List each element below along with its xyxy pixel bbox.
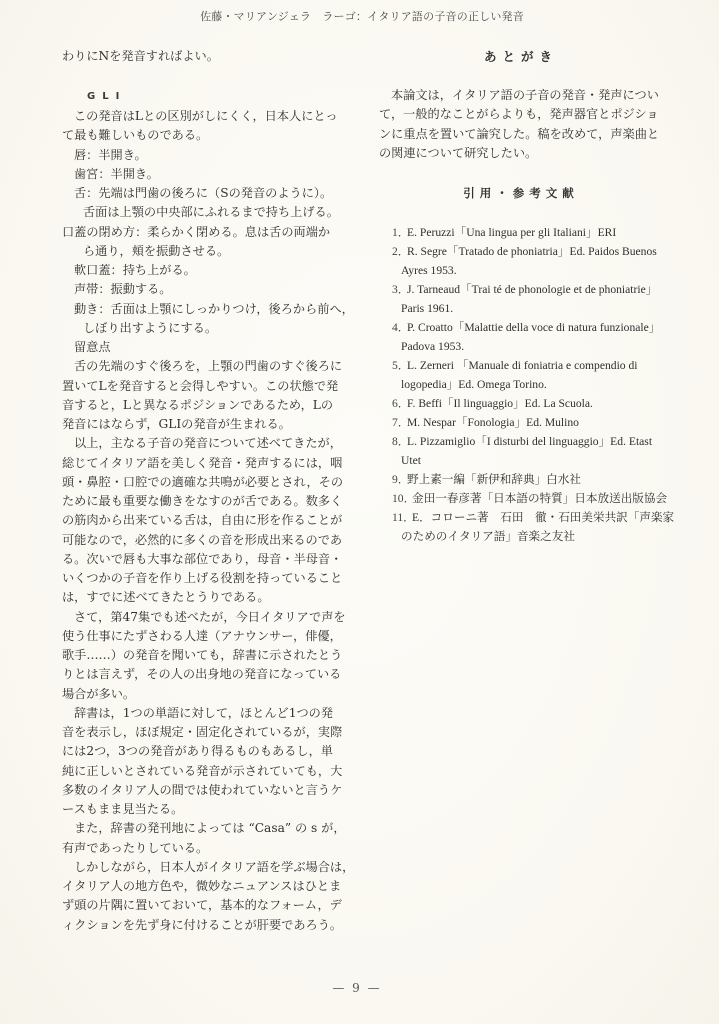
articulation-soft-palate-line: 軟口蓋：持ち上がる。 [62,261,354,280]
reference-item: 1．E. Peruzzi「Una lingua per gli Italiani… [379,223,669,242]
body-line: りとは言えず，その人の出身地の発音になっている [62,665,354,684]
body-line: しぼり出すようにする。 [62,319,354,338]
body-line: には2つ，3つの発音があり得るものもあるし，単 [62,742,354,761]
reference-item: 5．L. Zerneri 「Manuale di foniatria e com… [379,356,669,394]
articulation-palate-line: 口蓋の閉め方：柔らかく閉める。息は舌の両端か [62,223,354,242]
reference-number: 2． [379,242,407,261]
body-line: ず頭の片隅に置いておいて，基本的なフォーム，デ [62,896,354,915]
body-line: 純に正しいとされている発音が示されていても，大 [62,762,354,781]
body-line: は，すでに述べてきたとうりである。 [62,588,354,607]
reference-text: 野上素一編「新伊和辞典」白水社 [407,473,581,486]
reference-item: 6．F. Beffi「Il linguaggio」Ed. La Scuola. [379,394,669,413]
body-line: イタリア人の地方色や，微妙なニュアンスはひとま [62,877,354,896]
reference-text: F. Beffi「Il linguaggio」Ed. La Scuola. [407,397,593,410]
reference-text: 金田一春彦著「日本語の特質」日本放送出版協会 [412,492,667,505]
body-line: ィクションを先ず身に付けることが肝要であろう。 [62,916,354,935]
reference-text-continued: Paris 1961. [379,299,669,318]
reference-text-continued: logopedia」Ed. Omega Torino. [379,375,669,394]
reference-text: J. Tarneaud「Trai té de phonologie et de … [407,283,657,296]
body-line: 歌手……）の発音を聞いても，辞書に示されたとう [62,646,354,665]
reference-text: R. Segre「Tratado de phoniatria」Ed. Paido… [407,245,657,258]
reference-text-continued: Padova 1953. [379,337,669,356]
body-line: る。次いで唇も大事な部位であり，母音・半母音・ [62,550,354,569]
body-line: 辞書は，1つの単語に対して，ほとんど1つの発 [62,704,354,723]
body-line: また，辞書の発刊地によっては “Casa” の s が， [62,819,354,838]
reference-text: L. Zerneri 「Manuale di foniatria e compe… [407,359,638,372]
reference-number: 11． [379,508,412,527]
reference-number: 8． [379,432,407,451]
articulation-vocal-cords-line: 声帯：振動する。 [62,280,354,299]
reference-item: 2．R. Segre「Tratado de phoniatria」Ed. Pai… [379,242,669,280]
reference-item: 8．L. Pizzamiglio「I disturbi del linguagg… [379,432,669,470]
reference-number: 1． [379,223,407,242]
reference-number: 4． [379,318,407,337]
reference-text: E. Peruzzi「Una lingua per gli Italiani」E… [407,226,616,239]
body-line: 舌の先端のすぐ後ろを，上顎の門歯のすぐ後ろに [62,357,354,376]
body-line: ンに重点を置いて論究した。稿を改めて，声楽曲と [379,125,659,145]
notes-subheading: 留意点 [62,338,354,357]
afterword-heading: あとがき [379,47,663,66]
reference-text: M. Nespar「Fonologia」Ed. Mulino [407,416,579,429]
reference-item: 7．M. Nespar「Fonologia」Ed. Mulino [379,413,669,432]
body-line: この発音はLとの区別がしにくく，日本人にとっ [62,107,354,126]
reference-text-continued: Ayres 1953. [379,261,669,280]
articulation-tongue-line: 舌：先端は門歯の後ろに（Sの発音のように）。 [62,184,354,203]
body-line: ために最も重要な働きをなすのが舌である。数多く [62,492,354,511]
reference-number: 10． [379,489,412,508]
reference-text: L. Pizzamiglio「I disturbi del linguaggio… [407,435,652,448]
continued-paragraph-line: わりにNを発音すればよい。 [62,47,219,66]
references-list: 1．E. Peruzzi「Una lingua per gli Italiani… [379,223,669,547]
body-line: の関連について研究したい。 [379,144,659,164]
reference-number: 7． [379,413,407,432]
body-line: 有声であったりしている。 [62,839,354,858]
reference-item: 9．野上素一編「新伊和辞典」白水社 [379,470,669,489]
articulation-lips-line: 唇：半開き。 [62,146,354,165]
reference-number: 3． [379,280,407,299]
body-line: 使う仕事にたずさわる人達（アナウンサー，俳優， [62,627,354,646]
body-line: 舌面は上顎の中央部にふれるまで持ち上げる。 [62,203,354,222]
body-line: て，一般的なことがらよりも，発声器官とポジショ [379,105,659,125]
body-line: 場合が多い。 [62,685,354,704]
body-line: 頭・鼻腔・口腔での適確な共鳴が必要とされ，その [62,473,354,492]
body-line: 音すると，Lと異なるポジションであるため，Lの [62,396,354,415]
reference-item: 3．J. Tarneaud「Trai té de phonologie et d… [379,280,669,318]
body-line: 置いてLを発音すると会得しやすい。この状態で発 [62,377,354,396]
body-line: さて，第47集でも述べたが，今日イタリアで声を [62,608,354,627]
body-line: 本論文は，イタリア語の子音の発音・発声につい [379,86,659,106]
body-line: 可能なので，必然的に多くの音を形成出来るのであ [62,531,354,550]
reference-text-continued: Utet [379,451,669,470]
body-line: 総じてイタリア語を美しく発音・発声するには，咽 [62,454,354,473]
body-line: て最も難しいものである。 [62,126,354,145]
reference-text: E．コローニ著 石田 徹・石田美栄共訳「声楽家 [412,511,674,524]
articulation-gums-line: 歯宮：半開き。 [62,165,354,184]
body-line: ら通り，頬を振動させる。 [62,242,354,261]
body-line: の筋肉から出来ている舌は，自由に形を作ることが [62,511,354,530]
body-line: 多数のイタリア人の間では使われていないと言うケ [62,781,354,800]
body-line: 以上，主なる子音の発音について述べてきたが， [62,434,354,453]
reference-item: 11．E．コローニ著 石田 徹・石田美栄共訳「声楽家 のためのイタリア語」音楽之… [379,508,669,546]
reference-text-continued: のためのイタリア語」音楽之友社 [379,527,669,546]
body-line: ースもまま見当たる。 [62,800,354,819]
reference-number: 5． [379,356,407,375]
left-column: わりにNを発音すればよい。 GLI この発音はLとの区別がしにくく，日本人にとっ… [62,0,346,960]
body-line: 音を表示し，ほぼ規定・固定化されているが，実際 [62,723,354,742]
articulation-movement-line: 動き：舌面は上顎にしっかりつけ，後ろから前へ， [62,300,354,319]
reference-number: 6． [379,394,407,413]
body-line: 発音にはならず，GLIの発音が生まれる。 [62,415,354,434]
references-heading: 引用・参考文献 [379,184,663,203]
body-line: いくつかの子音を作り上げる役割を持っていること [62,569,354,588]
gli-section-heading: GLI [87,87,126,106]
reference-item: 10．金田一春彦著「日本語の特質」日本放送出版協会 [379,489,669,508]
reference-text: P. Croatto「Malattie della voce di natura… [407,321,660,334]
reference-item: 4．P. Croatto「Malattie della voce di natu… [379,318,669,356]
gli-section-body: この発音はLとの区別がしにくく，日本人にとっ て最も難しいものである。 唇：半開… [62,107,354,935]
page-number: — 9 — [0,979,714,997]
right-column: あとがき 本論文は，イタリア語の子音の発音・発声につい て，一般的なことがらより… [379,0,663,600]
reference-number: 9． [379,470,407,489]
afterword-body: 本論文は，イタリア語の子音の発音・発声につい て，一般的なことがらよりも，発声器… [379,86,659,164]
body-line: しかしながら，日本人がイタリア語を学ぶ場合は， [62,858,354,877]
